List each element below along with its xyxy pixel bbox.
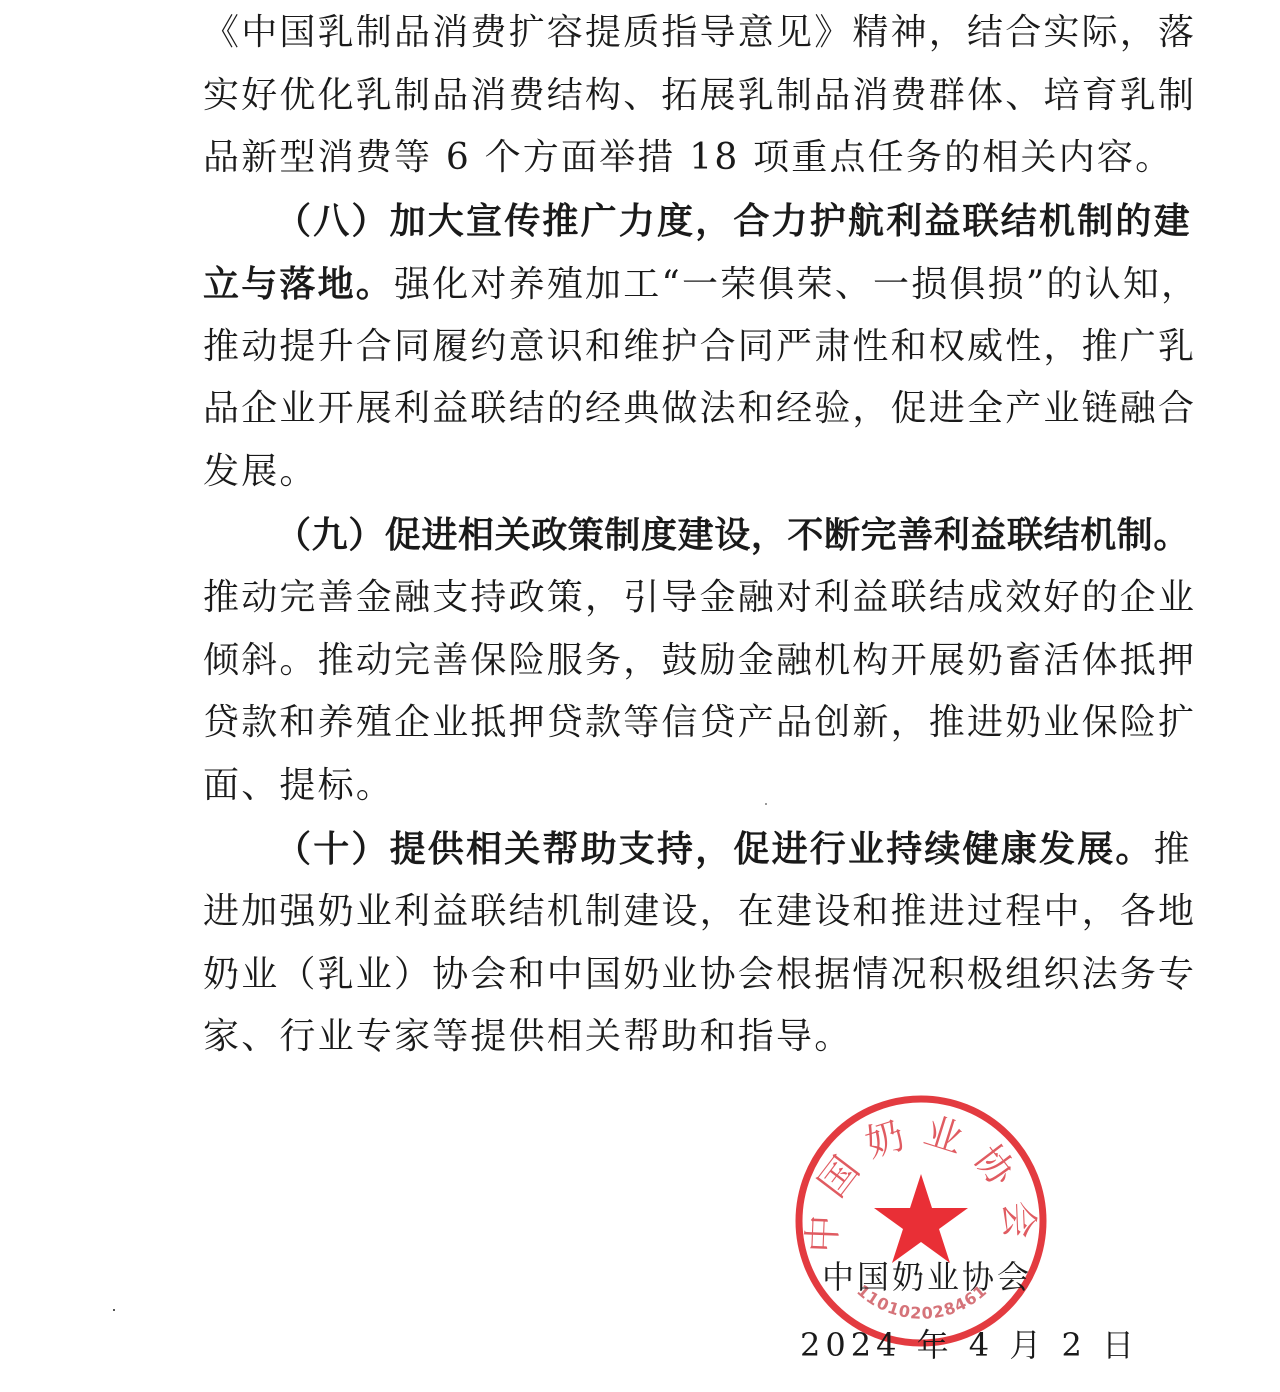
section-9-line-2: 推动完善金融支持政策，引导金融对利益联结成效好的企业 xyxy=(203,567,1196,629)
signing-organization: 中国奶业协会 xyxy=(822,1252,1032,1298)
seal-icon: 中国奶业协会 110102028461 xyxy=(792,1092,1050,1350)
section-10-line-1: （十）提供相关帮助支持，促进行业持续健康发展。推 xyxy=(275,818,1192,880)
section-9-line-4: 贷款和养殖企业抵押贷款等信贷产品创新，推进奶业保险扩 xyxy=(203,692,1196,754)
signing-date: 2024 年 4 月 2 日 xyxy=(800,1320,1139,1366)
official-seal-stamp: 中国奶业协会 110102028461 xyxy=(792,1092,1050,1350)
scan-speck xyxy=(765,803,767,805)
scan-speck xyxy=(113,1309,115,1311)
section-10-line-3: 奶业（乳业）协会和中国奶业协会根据情况积极组织法务专 xyxy=(203,944,1196,1006)
intro-line-1: 《中国乳制品消费扩容提质指导意见》精神，结合实际，落 xyxy=(203,2,1196,64)
section-9-line-3: 倾斜。推动完善保险服务，鼓励金融机构开展奶畜活体抵押 xyxy=(203,630,1196,692)
section-8-line-2: 立与落地。强化对养殖加工“一荣俱荣、一损俱损”的认知， xyxy=(203,253,1199,315)
intro-line-3: 品新型消费等 6 个方面举措 18 项重点任务的相关内容。 xyxy=(203,127,1173,189)
section-8-line-5: 发展。 xyxy=(203,441,318,503)
section-8-heading-end: 立与落地。 xyxy=(203,263,394,305)
section-9-line-5: 面、提标。 xyxy=(203,755,394,817)
intro-line-2: 实好优化乳制品消费结构、拓展乳制品消费群体、培育乳制 xyxy=(203,65,1196,127)
section-10-heading: （十）提供相关帮助支持，促进行业持续健康发展。 xyxy=(275,828,1154,870)
section-9-heading: （九）促进相关政策制度建设，不断完善利益联结机制。 xyxy=(275,504,1190,566)
section-10-line-4: 家、行业专家等提供相关帮助和指导。 xyxy=(203,1006,852,1068)
section-8-line-4: 品企业开展利益联结的经典做法和经验，促进全产业链融合 xyxy=(203,378,1196,440)
section-8-heading: （八）加大宣传推广力度，合力护航利益联结机制的建 xyxy=(275,190,1192,252)
section-8-text: 强化对养殖加工“一荣俱荣、一损俱损”的认知， xyxy=(394,264,1199,305)
section-10-text-start: 推 xyxy=(1154,829,1192,870)
section-10-line-2: 进加强奶业利益联结机制建设，在建设和推进过程中，各地 xyxy=(203,881,1196,943)
section-8-line-3: 推动提升合同履约意识和维护合同严肃性和权威性，推广乳 xyxy=(203,316,1196,378)
